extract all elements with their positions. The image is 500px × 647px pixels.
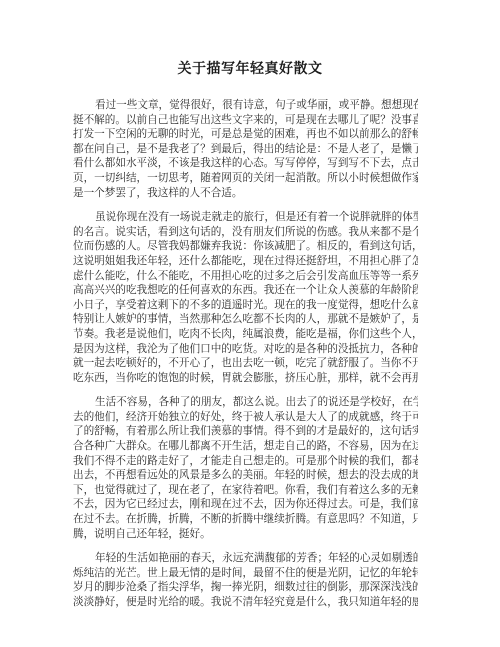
text-line: 这说明姐姐我还年轻，还什么都能吃，现在过得还挺舒坦，不用担心胖了怎么办，不用考 — [73, 254, 418, 269]
text-line: 看过一些文章，觉得很好，很有诗意，句子或华丽，或平静。想想现在的自己，觉得 — [73, 98, 418, 113]
text-line: 节奏。我老是说他们，吃肉不长肉，纯属浪费，能吃是福，你们这些个人，没福气。也正 — [73, 327, 418, 342]
text-line: 位而伤感的人。尽管我妈都嫌弃我说：你该减肥了。相反的，看到这句话，我挺高兴的。 — [73, 239, 418, 254]
paragraph: 生活不容易，各种了的朋友，都这么说。出去了的说还是学校好，在学校的羡慕着出去的他… — [73, 395, 418, 541]
text-line: 淡淡静好，便是时光给的暖。我说不清年轻究竟是什么，我只知道年轻的感觉真的很好， — [73, 595, 418, 610]
text-line: 打发一下空闲的无聊的时光，可是总是觉的困难，再也不如以前那么的舒畅。多少次，我 — [73, 127, 418, 142]
text-line: 页，一切纠结，一切思考，随着网页的关闭一起消散。所以小时候想做作家的梦想终究只 — [73, 171, 418, 186]
text-line: 都在问自己，是不是我老了？到最后，得出的结论是：不是人老了，是懒了。老了的人， — [73, 142, 418, 157]
text-line: 了的舒畅，有着那么所让我们羡慕的事情。得不到的才是最好的，这句话实在是经典，适 — [73, 424, 418, 439]
text-line: 看什么都如水平淡，不该是我这样的心态。写写停停，写到写不下去，点击鼠标，关闭网 — [73, 156, 418, 171]
text-line: 岁月的脚步沧桑了指尖浮华，掬一捧光阴，细数过往的倒影，那深深浅浅的字行里留下的 — [73, 580, 418, 595]
text-line: 下，也觉得就过了，现在老了，在家待着吧。你看，我们有着这么多的无赖。刚和往事过 — [73, 483, 418, 498]
text-line: 虑什么能吃，什么不能吃，不用担心吃的过多之后会引发高血压等等一系列的问题，可以 — [73, 269, 418, 284]
text-line: 腾，说明自己还年轻，挺好。 — [73, 527, 418, 542]
text-line: 虽说你现在没有一场说走就走的旅行，但是还有着一个说胖就胖的体型。我老妹送我 — [73, 210, 418, 225]
text-line: 不去，因为它已经过去，刚和现在过不去，因为你还得过去。可是，我们就是这么的和现 — [73, 497, 418, 512]
paragraph: 年轻的生活如艳丽的春天，永远充满馥郁的芳香；年轻的心灵如剔透的水晶，永远闪烁纯洁… — [73, 551, 418, 609]
document-page: 关于描写年轻真好散文 看过一些文章，觉得很好，很有诗意，句子或华丽，或平静。想想… — [0, 0, 500, 647]
text-line: 挺不解的。以前自己也能写出这些文字来的，可是现在去哪儿了呢？没事喜欢写点东西来 — [73, 113, 418, 128]
text-line: 合各种广大群众。在哪儿都离不开生活，想走自己的路，不容易，因为在这之前，只有将 — [73, 439, 418, 454]
text-line: 烁纯洁的光芒。世上最无情的是时间，最留不住的便是光阴，记忆的年轮转了一圈又一圈， — [73, 566, 418, 581]
article-body: 看过一些文章，觉得很好，很有诗意，句子或华丽，或平静。想想现在的自己，觉得挺不解… — [73, 98, 418, 620]
text-line: 出去，不再想看远处的风景是多么的美丽。年轻的时候，想去的没去成的地方，遗憾一下 — [73, 468, 418, 483]
text-line: 是一个梦罢了，我这样的人不合适。 — [73, 186, 418, 201]
page-title: 关于描写年轻真好散文 — [0, 58, 500, 78]
text-line: 的名言。说实话，看到这句话的，没有朋友们所说的伤感。我从来都不是个会为了体重吨 — [73, 225, 418, 240]
text-line: 去的他们，经济开始独立的好处，终于被人承认是大人了的成就感，终于可以自己做自己 — [73, 410, 418, 425]
text-line: 在过不去。在折腾，折腾，不断的折腾中继续折腾。有意思吗？不知道，只是觉着能够折 — [73, 512, 418, 527]
text-line: 小日子，享受着这剩下的不多的逍遥时光。现在的我一度觉得，想吃什么就吃什么，是个 — [73, 298, 418, 313]
text-line: 特别让人嫉妒的事情，当然那种怎么吃都不长肉的人，那就不是嫉妒了，是羡慕嫉妒恨的 — [73, 312, 418, 327]
text-line: 年轻的生活如艳丽的春天，永远充满馥郁的芳香；年轻的心灵如剔透的水晶，永远闪 — [73, 551, 418, 566]
text-line: 高高兴兴的吃我想吃的任何喜欢的东西。我还在一个让众人羡慕的年龄阶段里面过着我的 — [73, 283, 418, 298]
paragraph: 看过一些文章，觉得很好，很有诗意，句子或华丽，或平静。想想现在的自己，觉得挺不解… — [73, 98, 418, 200]
text-line: 吃东西，当你吃的饱饱的时候，胃就会膨胀，挤压心脏，那样，就不会再那么难受。 — [73, 371, 418, 386]
text-line: 生活不容易，各种了的朋友，都这么说。出去了的说还是学校好，在学校的羡慕着出 — [73, 395, 418, 410]
paragraph: 虽说你现在没有一场说走就走的旅行，但是还有着一个说胖就胖的体型。我老妹送我的名言… — [73, 210, 418, 385]
text-line: 是因为这样，我沦为了他们口中的吃货。对吃的是各种的没抵抗力，各种的没出息。开心， — [73, 342, 418, 357]
text-line: 就一起去吃顿好的，不开心了，也出去吃一顿，吃完了就舒服了。当你不开心的时候，就 — [73, 356, 418, 371]
text-line: 我们不得不走的路走好了，才能走自己想走的。可是那个时候的我们，都老了，不再愿意 — [73, 454, 418, 469]
